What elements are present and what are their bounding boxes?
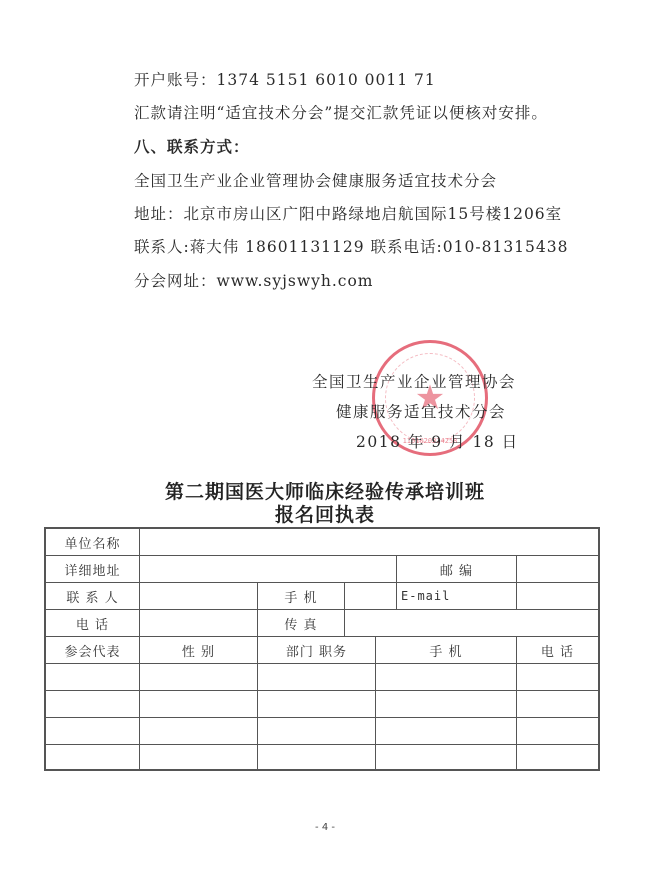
fax-field[interactable] — [345, 610, 598, 637]
rep-mobile-field[interactable] — [376, 691, 517, 718]
label-contact: 联 系 人 — [46, 583, 140, 610]
label-representative: 参会代表 — [46, 637, 140, 664]
phone-field[interactable] — [140, 610, 258, 637]
rep-mobile-field[interactable] — [376, 664, 517, 691]
rep-name-field[interactable] — [46, 691, 140, 718]
rep-mobile-field[interactable] — [376, 745, 517, 769]
rep-phone-field[interactable] — [517, 718, 598, 745]
form-subtitle: 报名回执表 — [0, 500, 650, 527]
label-mobile: 手 机 — [258, 583, 345, 610]
rep-phone-field[interactable] — [517, 745, 598, 769]
contact-person-line: 联系人:蒋大伟 18601131129 联系电话:010-81315438 — [134, 237, 569, 257]
label-fax: 传 真 — [258, 610, 345, 637]
rep-dept-field[interactable] — [258, 664, 376, 691]
label-email: E-mail — [397, 583, 517, 610]
postcode-field[interactable] — [517, 556, 598, 583]
rep-gender-field[interactable] — [140, 664, 258, 691]
label-rep-mobile: 手 机 — [376, 637, 517, 664]
rep-name-field[interactable] — [46, 745, 140, 769]
rep-name-field[interactable] — [46, 718, 140, 745]
rep-dept-field[interactable] — [258, 745, 376, 769]
registration-table: 单位名称 详细地址 邮 编 联 系 人 手 机 E-mail 电 话 传 真 参… — [44, 527, 600, 771]
contact-field[interactable] — [140, 583, 258, 610]
rep-name-field[interactable] — [46, 664, 140, 691]
section-heading-contact: 八、联系方式： — [134, 137, 250, 157]
remittance-note-line: 汇款请注明“适宜技术分会”提交汇款凭证以便核对安排。 — [134, 103, 548, 123]
unit-name-field[interactable] — [140, 529, 598, 556]
rep-phone-field[interactable] — [517, 664, 598, 691]
rep-phone-field[interactable] — [517, 691, 598, 718]
rep-gender-field[interactable] — [140, 691, 258, 718]
address-field[interactable] — [140, 556, 397, 583]
label-address: 详细地址 — [46, 556, 140, 583]
rep-dept-field[interactable] — [258, 718, 376, 745]
rep-mobile-field[interactable] — [376, 718, 517, 745]
bank-account-line: 开户账号：1374 5151 6010 0011 71 — [134, 70, 436, 90]
label-unit-name: 单位名称 — [46, 529, 140, 556]
page-number: - 4 - — [0, 822, 650, 833]
label-postcode: 邮 编 — [397, 556, 517, 583]
mobile-field[interactable] — [345, 583, 397, 610]
email-field[interactable] — [517, 583, 598, 610]
rep-dept-field[interactable] — [258, 691, 376, 718]
signature-date: 2018 年 9 月 18 日 — [356, 432, 519, 452]
label-dept-position: 部门 职务 — [258, 637, 376, 664]
rep-gender-field[interactable] — [140, 745, 258, 769]
signature-org-line2: 健康服务适宜技术分会 — [336, 402, 506, 422]
label-rep-phone: 电 话 — [517, 637, 598, 664]
rep-gender-field[interactable] — [140, 718, 258, 745]
address-line: 地址：北京市房山区广阳中路绿地启航国际15号楼1206室 — [134, 204, 562, 224]
org-name-line: 全国卫生产业企业管理协会健康服务适宜技术分会 — [134, 171, 497, 191]
website-line: 分会网址：www.syjswyh.com — [134, 271, 374, 291]
label-gender: 性 别 — [140, 637, 258, 664]
signature-org-line1: 全国卫生产业企业管理协会 — [312, 372, 516, 392]
label-phone: 电 话 — [46, 610, 140, 637]
